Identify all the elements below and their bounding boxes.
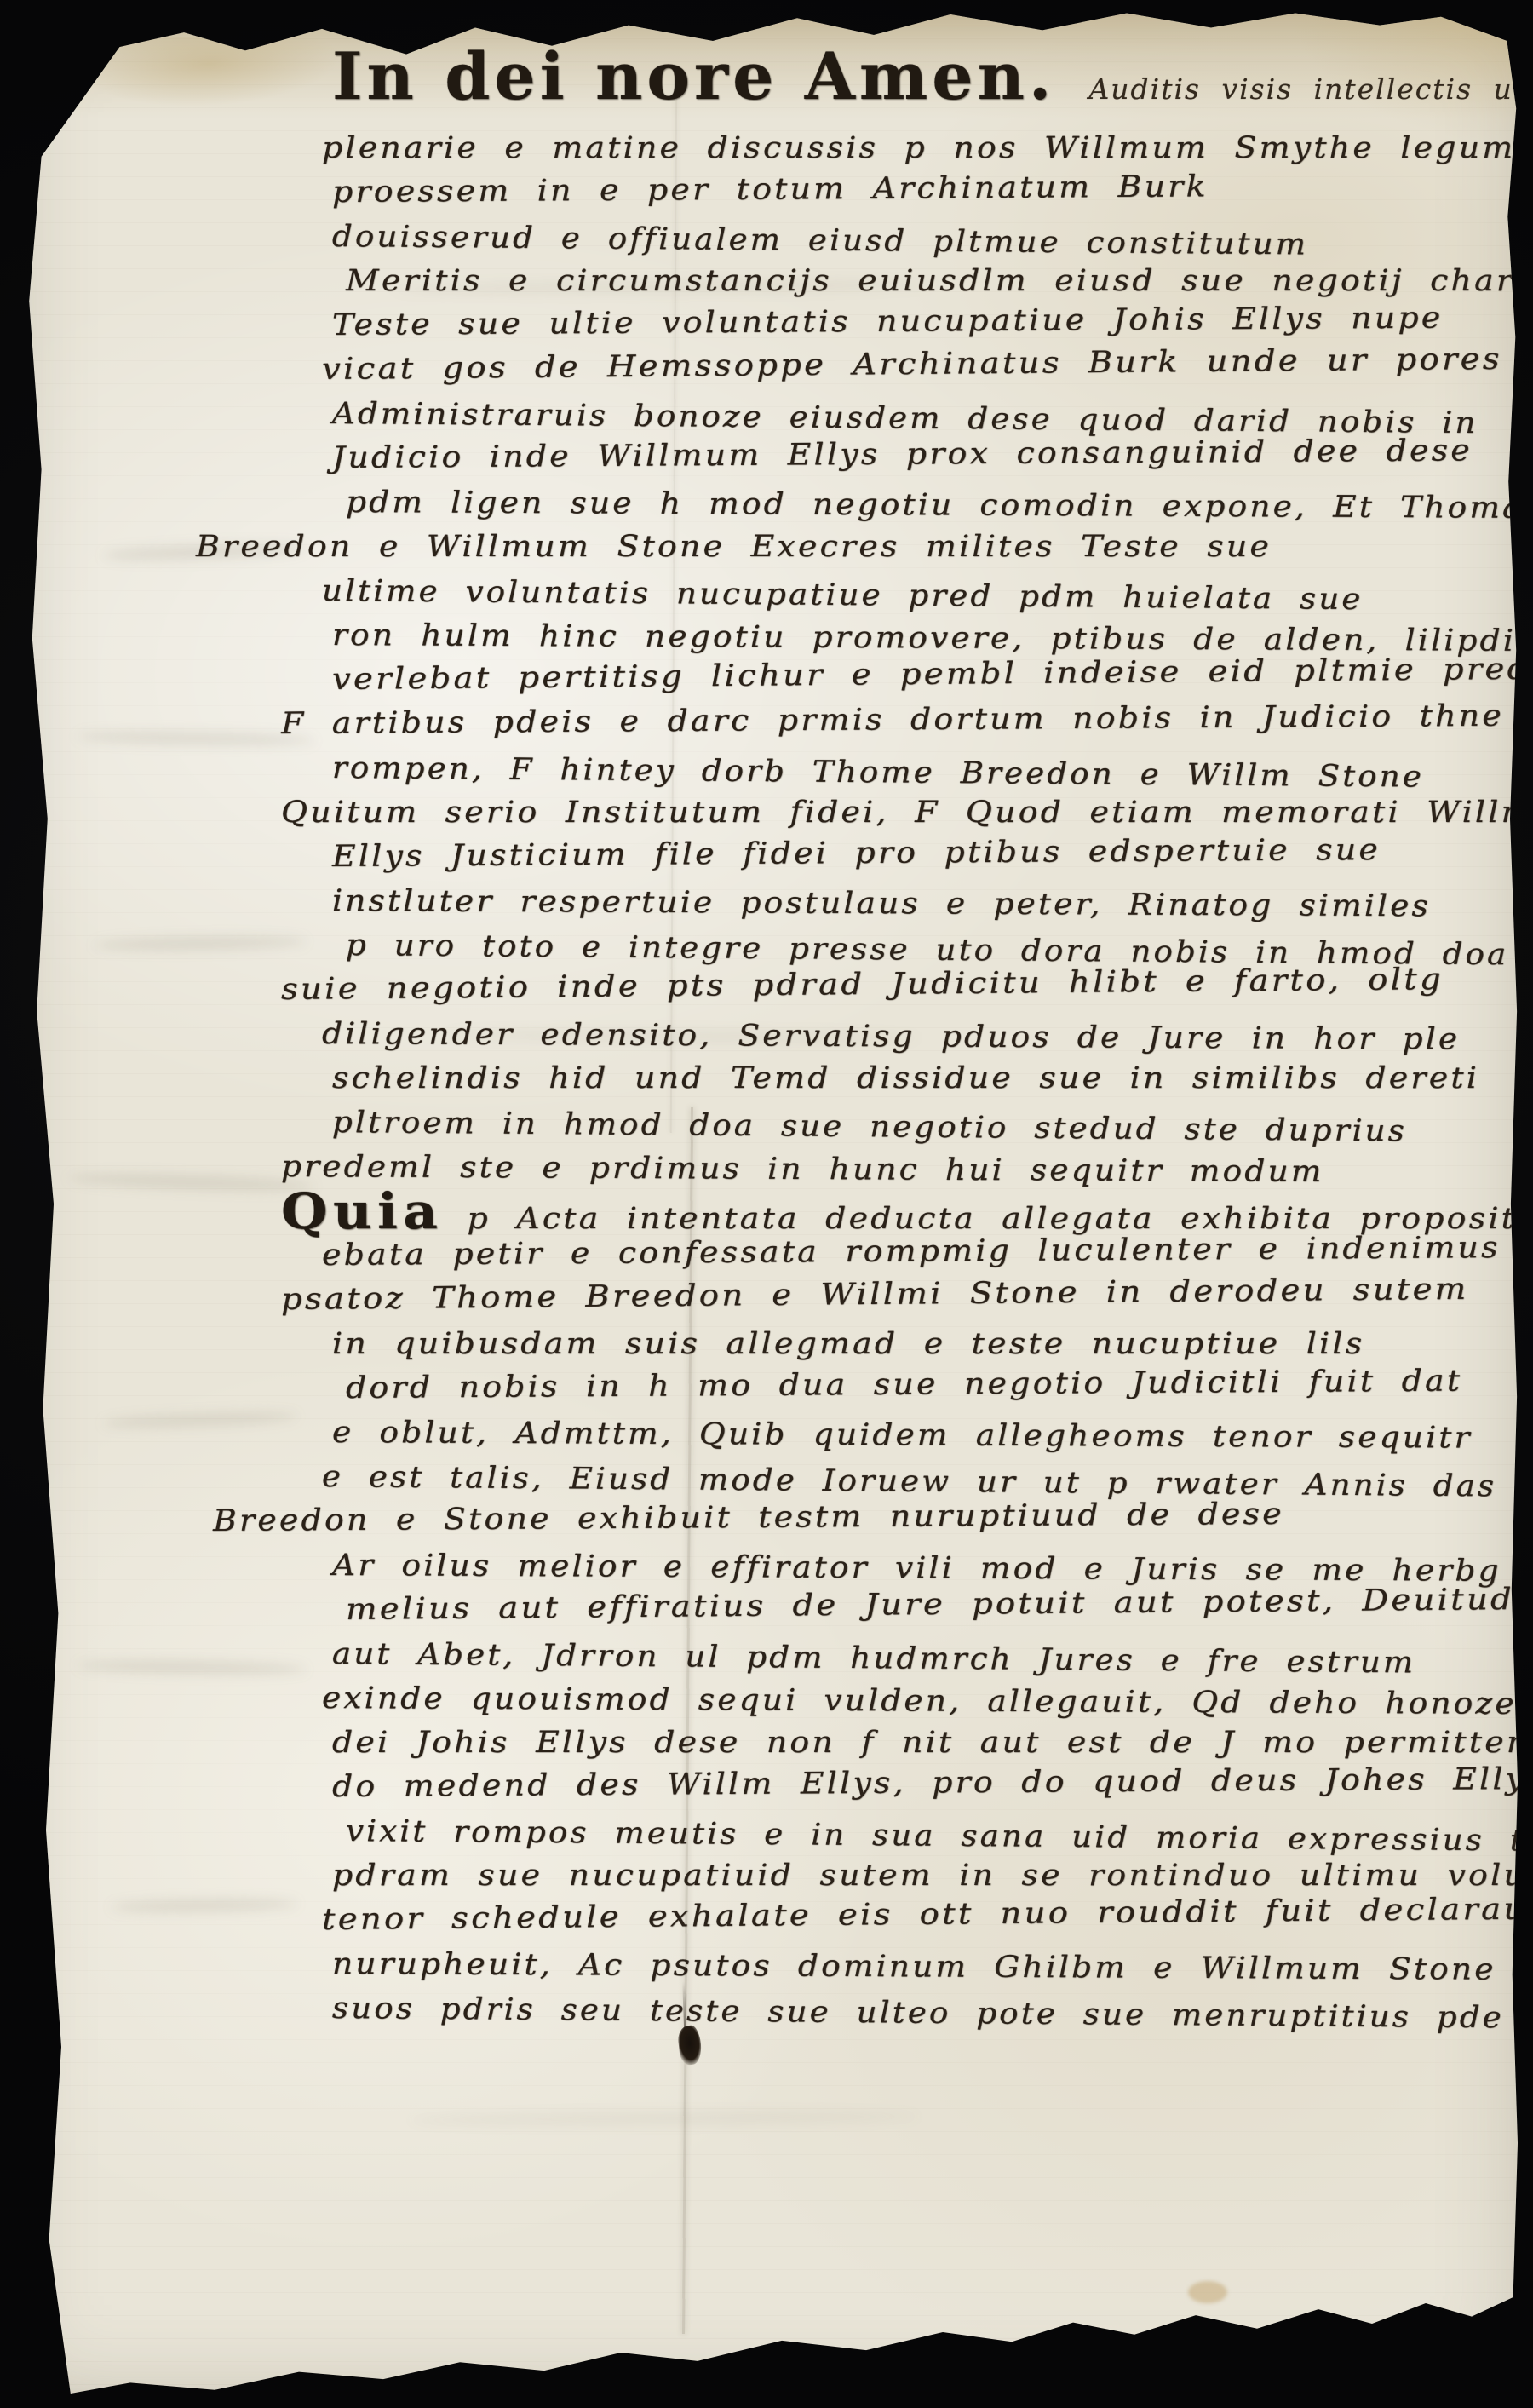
manuscript-text: In dei nore Amen. Auditis visis intellec… (332, 34, 1499, 2031)
manuscript-line: proessem in e per totum Archinatum Burk (332, 162, 1533, 215)
quia-initial-word: Quia (281, 1182, 443, 1240)
manuscript-page: In dei nore Amen. Auditis visis intellec… (0, 0, 1533, 2408)
manuscript-line: Breedon e Stone exhibuit testm nuruptiuu… (213, 1490, 1533, 1543)
manuscript-line: e oblut, Admttm, Quib quidem allegheoms … (332, 1411, 1533, 1461)
manuscript-line: nurupheuit, Ac psutos dominum Ghilbm e W… (332, 1942, 1533, 1992)
manuscript-line: do medend des Willm Ellys, pro do quod d… (332, 1756, 1533, 1809)
manuscript-line: Ellys Justicium file fidei pro ptibus ed… (332, 826, 1533, 879)
manuscript-line: schelindis hid und Temd dissidue sue in … (332, 1056, 1533, 1101)
heading-continuation: Auditis visis intellectis ur (1088, 72, 1528, 106)
manuscript-line: predeml ste e prdimus in hunc hui sequit… (281, 1145, 1533, 1195)
manuscript-line: dord nobis in h mo dua sue negotio Judic… (346, 1359, 1533, 1411)
manuscript-line: exinde quouismod sequi vulden, allegauit… (322, 1676, 1533, 1727)
manuscript-line: instluter respertuie postulaus e peter, … (332, 879, 1533, 929)
photo-background: { "photo": { "background_color": "#0a0a0… (0, 0, 1533, 2408)
invocation-heading: In dei nore Amen. (332, 38, 1055, 114)
manuscript-line: Judicio inde Willmum Ellys prox consangu… (332, 428, 1533, 480)
manuscript-line: diligender edensito, Servatisg pduos de … (322, 1012, 1533, 1062)
bottom-edge-stain (1188, 2281, 1227, 2303)
manuscript-line: Breedon e Willmum Stone Execres milites … (196, 525, 1533, 569)
manuscript-line: pdm ligen sue h mod negotiu comodin expo… (346, 480, 1533, 531)
heading-line: In dei nore Amen. Auditis visis intellec… (332, 34, 1499, 126)
manuscript-line: F artibus pdeis e darc prmis dortum nobi… (281, 693, 1533, 746)
